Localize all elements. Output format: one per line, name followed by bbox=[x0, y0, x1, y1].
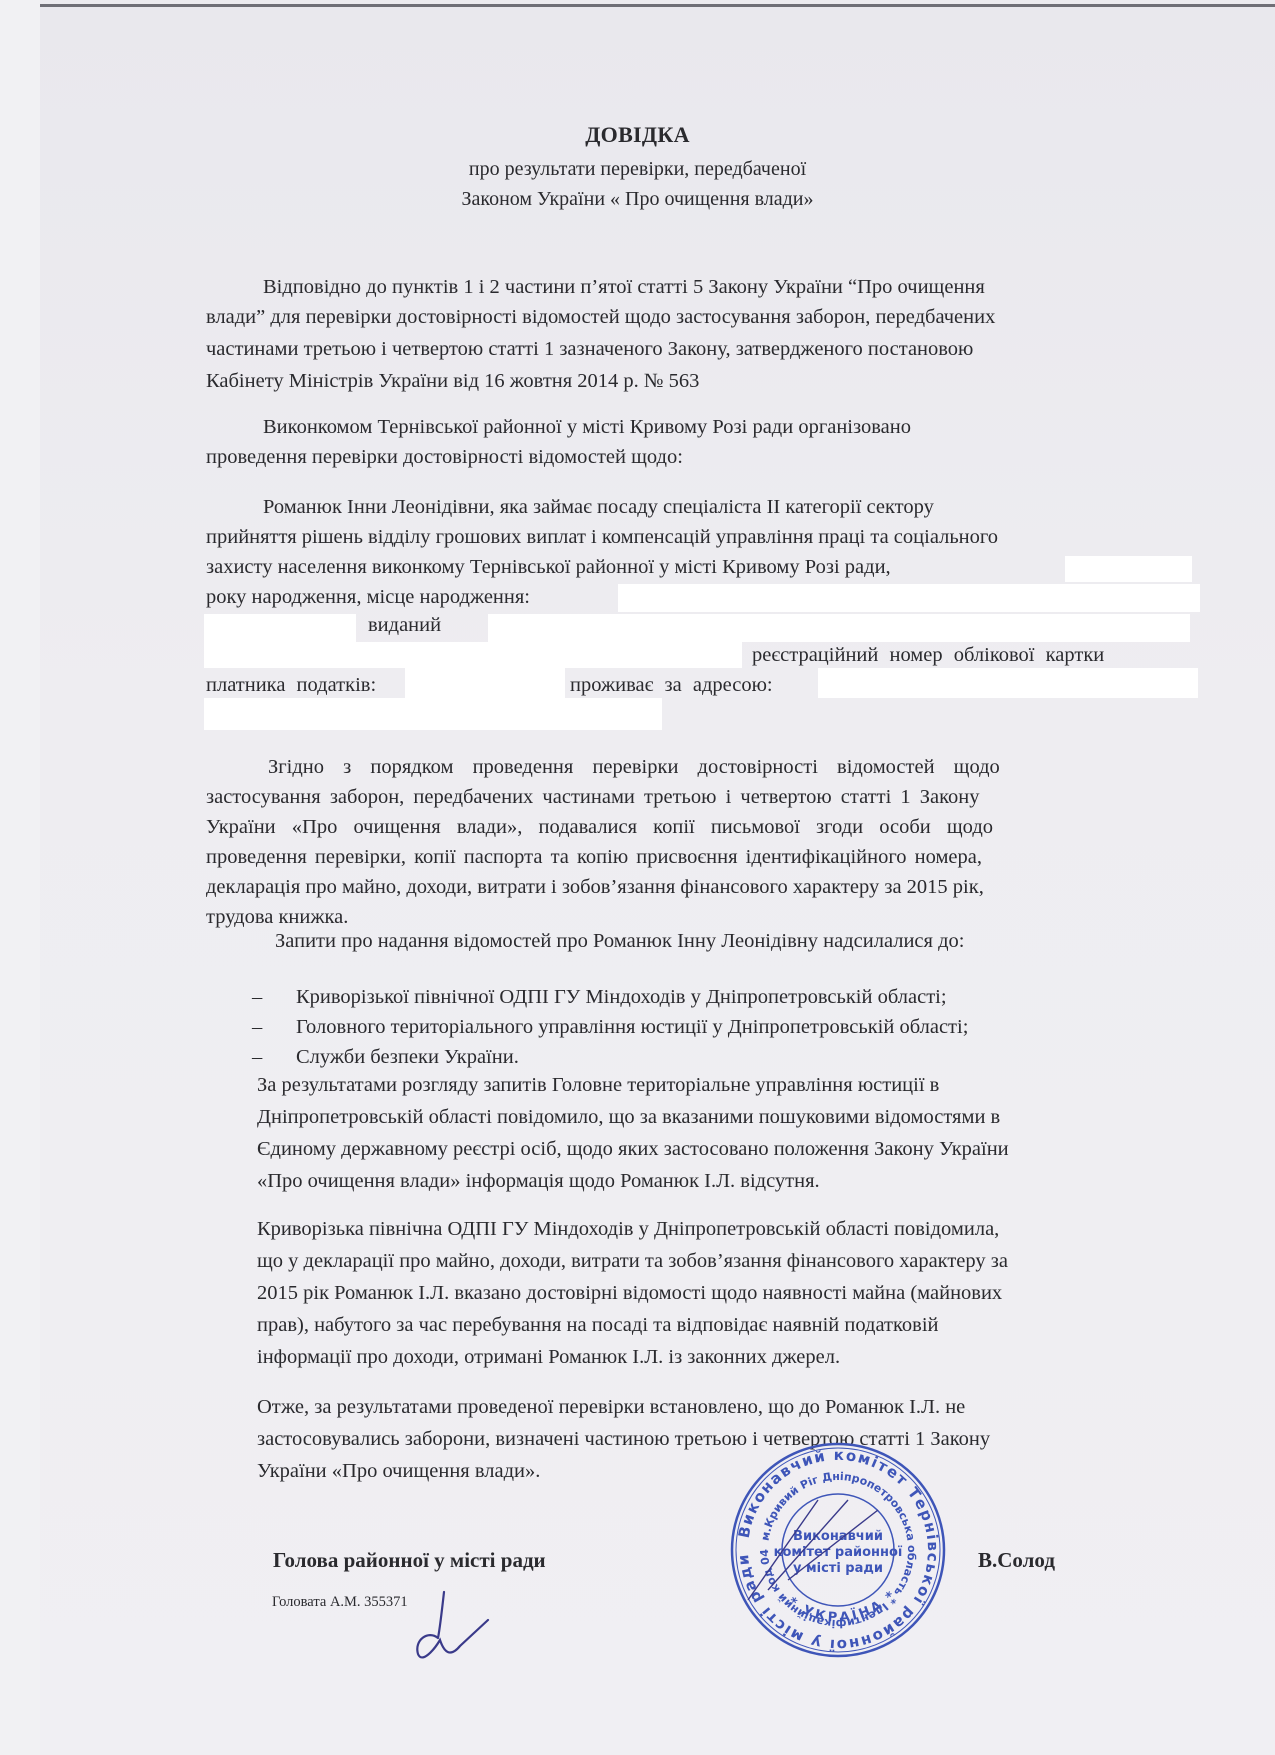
paragraph-6-line-1: Отже, за результатами проведеної перевір… bbox=[257, 1396, 965, 1419]
document-subtitle-line-1: про результати перевірки, передбаченої bbox=[0, 158, 1275, 181]
paragraph-3-line-2: застосування заборон, передбачених части… bbox=[206, 786, 980, 809]
person-line-4: року народження, місце народження: bbox=[206, 586, 530, 609]
document-subtitle-line-2: Законом України « Про очищення влади» bbox=[0, 188, 1275, 211]
person-line-7-b: проживає за адресою: bbox=[570, 674, 773, 697]
redacted-tax-number bbox=[405, 668, 565, 698]
paragraph-5-line-2: що у декларації про майно, доходи, витра… bbox=[257, 1250, 1008, 1273]
person-line-7-a: платника податків: bbox=[206, 674, 376, 697]
paragraph-3-line-6: трудова книжка. bbox=[206, 906, 348, 929]
list-item-1: Криворізької північної ОДПІ ГУ Міндоході… bbox=[296, 986, 947, 1009]
redacted-address-cont bbox=[204, 698, 662, 730]
paragraph-4-line-3: Єдиному державному реєстрі осіб, щодо як… bbox=[257, 1138, 1009, 1161]
person-line-1-text: Романюк Інни Леонідівни, яка займає поса… bbox=[206, 496, 934, 519]
paragraph-4-line-2: Дніпропетровській області повідомило, що… bbox=[257, 1106, 1000, 1129]
paragraph-5-line-1: Криворізька північна ОДПІ ГУ Міндоходів … bbox=[257, 1218, 999, 1241]
redacted-birth-date bbox=[1065, 556, 1192, 582]
svg-text:комітет районної: комітет районної bbox=[774, 1545, 903, 1560]
paragraph-4-line-1: За результатами розгляду запитів Головне… bbox=[257, 1074, 939, 1097]
signature-name: В.Солод bbox=[978, 1548, 1055, 1573]
paragraph-5-line-5: інформації про доходи, отримані Романюк … bbox=[257, 1346, 840, 1369]
redacted-issue-details bbox=[204, 642, 742, 668]
executor-info: Головата А.М. 355371 bbox=[272, 1594, 408, 1611]
paragraph-1-line-3: частинами третьою і четвертою статті 1 з… bbox=[206, 338, 973, 361]
paragraph-4-line-4: «Про очищення влади» інформація щодо Ром… bbox=[257, 1170, 820, 1193]
paragraph-5-line-3: 2015 рік Романюк І.Л. вказано достовірні… bbox=[257, 1282, 1002, 1305]
paragraph-1-line-2: влади” для перевірки достовірності відом… bbox=[206, 306, 995, 329]
paragraph-3-line-5: декларація про майно, доходи, витрати і … bbox=[206, 876, 984, 899]
list-bullet-1: – bbox=[252, 986, 262, 1009]
list-item-2: Головного територіального управління юст… bbox=[296, 1016, 968, 1039]
paragraph-3-line-4: проведення перевірки, копії паспорта та … bbox=[206, 846, 982, 869]
scan-edge bbox=[0, 0, 40, 1755]
paragraph-6-line-3: України «Про очищення влади». bbox=[257, 1460, 540, 1483]
document-title: ДОВІДКА bbox=[0, 122, 1275, 148]
paragraph-2-line-2: проведення перевірки достовірності відом… bbox=[206, 446, 683, 469]
paragraph-3-line-3: України «Про очищення влади», подавалися… bbox=[206, 816, 993, 839]
paragraph-1-line-1: Відповідно до пунктів 1 і 2 частини п’ят… bbox=[263, 276, 985, 299]
person-line-5: виданий bbox=[368, 614, 441, 637]
person-line-2: прийняття рішень відділу грошових виплат… bbox=[206, 526, 998, 549]
redacted-passport bbox=[204, 614, 356, 642]
redacted-birthplace bbox=[618, 584, 1200, 612]
list-bullet-2: – bbox=[252, 1016, 262, 1039]
requests-intro: Запити про надання відомостей про Романю… bbox=[275, 930, 964, 953]
person-line-3: захисту населення виконкому Тернівської … bbox=[206, 556, 891, 579]
official-stamp-icon: Виконавчий комітет Тернівської районної … bbox=[728, 1440, 948, 1660]
handwritten-signature-icon bbox=[410, 1590, 510, 1670]
person-line-1: Романюк Інни Леонідівни, яка займає поса… bbox=[206, 496, 1181, 519]
list-bullet-3: – bbox=[252, 1046, 262, 1069]
redacted-issuer bbox=[488, 614, 1190, 642]
paragraph-3-line-1-text: Згідно з порядком проведення перевірки д… bbox=[206, 756, 1000, 779]
paragraph-5-line-4: прав), набутого за час перебування на по… bbox=[257, 1314, 939, 1337]
person-line-6: реєстраційний номер облікової картки bbox=[752, 644, 1180, 667]
list-item-3: Служби безпеки України. bbox=[296, 1046, 519, 1069]
paragraph-1-line-4: Кабінету Міністрів України від 16 жовтня… bbox=[206, 370, 699, 393]
paragraph-3-line-1: Згідно з порядком проведення перевірки д… bbox=[206, 756, 1181, 779]
redacted-address bbox=[818, 668, 1198, 698]
signature-position: Голова районної у місті ради bbox=[273, 1548, 546, 1573]
paragraph-2-line-1: Виконкомом Тернівської районної у місті … bbox=[263, 416, 911, 439]
svg-text:у місті ради: у місті ради bbox=[793, 1561, 883, 1576]
